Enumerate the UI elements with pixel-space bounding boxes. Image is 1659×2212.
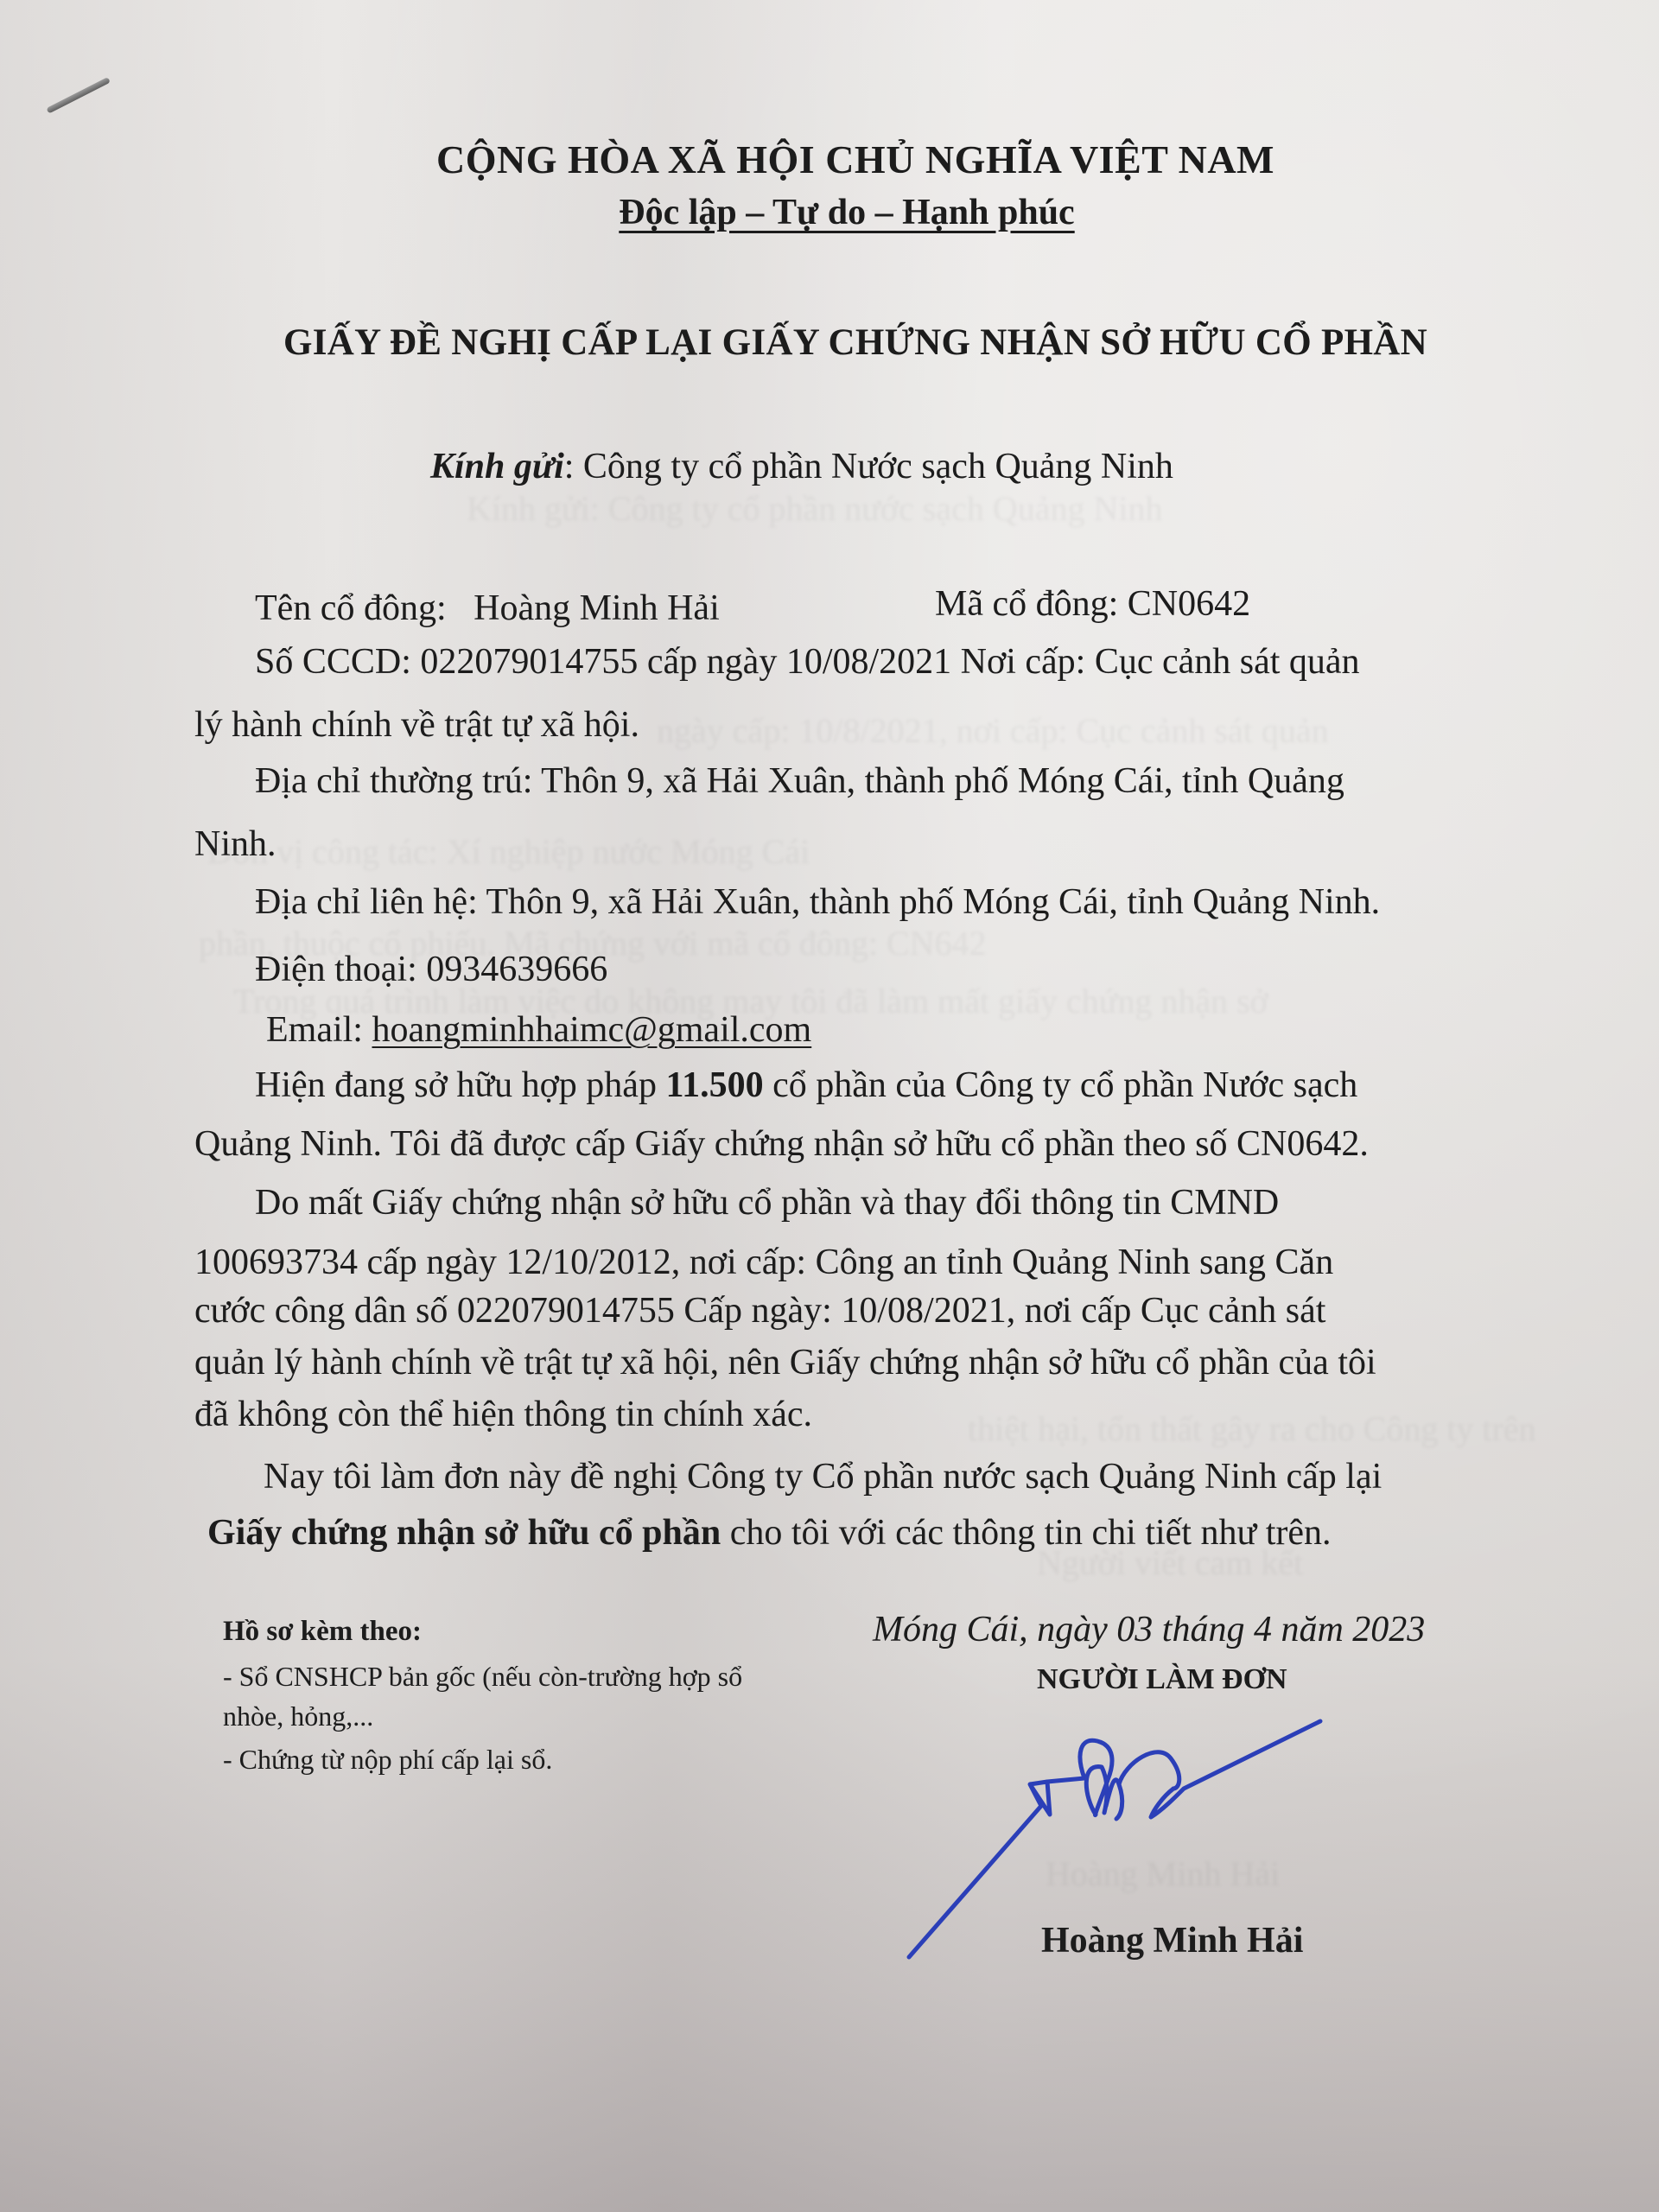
holding-text: cổ phần của Công ty cổ phần Nước sạch <box>772 1065 1357 1105</box>
bleed-through-text: ngày cấp: 10/8/2021, nơi cấp: Cục cảnh s… <box>657 710 1329 751</box>
email-row: Email: hoangminhhaimc@gmail.com <box>266 1009 811 1051</box>
request-line-1: Nay tôi làm đơn này đề nghị Công ty Cổ p… <box>264 1456 1382 1497</box>
phone-row: Điện thoại: 0934639666 <box>255 949 607 990</box>
national-header: CỘNG HÒA XÃ HỘI CHỦ NGHĨA VIỆT NAM <box>0 137 1659 182</box>
bleed-through-text: Kính gửi: Công ty cổ phần nước sạch Quản… <box>467 488 1163 529</box>
shareholder-name: Hoàng Minh Hải <box>474 588 720 628</box>
pen-mark <box>46 77 110 114</box>
shareholder-name-label: Tên cổ đông: <box>255 588 447 628</box>
id-line-1: Số CCCD: 022079014755 cấp ngày 10/08/202… <box>255 641 1360 683</box>
permanent-address-line-2: Ninh. <box>194 823 276 865</box>
reason-line-1: Do mất Giấy chứng nhận sở hữu cổ phần và… <box>255 1182 1279 1224</box>
recipient-label: Kính gửi <box>430 447 564 486</box>
reason-line-2: 100693734 cấp ngày 12/10/2012, nơi cấp: … <box>194 1242 1333 1283</box>
certificate-name: Giấy chứng nhận sở hữu cổ phần <box>207 1513 721 1553</box>
phone-label: Điện thoại: <box>255 950 417 989</box>
contact-address: Địa chỉ liên hệ: Thôn 9, xã Hải Xuân, th… <box>255 881 1380 923</box>
shareholder-code-row: Mã cổ đông: CN0642 <box>935 583 1250 625</box>
shareholder-code: CN0642 <box>1128 584 1250 624</box>
shareholder-name-row: Tên cổ đông: Hoàng Minh Hải <box>255 588 720 629</box>
shareholder-code-label: Mã cổ đông: <box>935 584 1118 624</box>
bleed-through-text: thiệt hại, tổn thất gây ra cho Công ty t… <box>968 1408 1536 1449</box>
document-title: GIẤY ĐỀ NGHỊ CẤP LẠI GIẤY CHỨNG NHẬN SỞ … <box>0 321 1659 364</box>
place-and-date: Móng Cái, ngày 03 tháng 4 năm 2023 <box>873 1609 1425 1650</box>
holding-line-1: Hiện đang sở hữu hợp pháp 11.500 cổ phần… <box>255 1065 1357 1106</box>
attachment-item: - Chứng từ nộp phí cấp lại sổ. <box>223 1744 552 1776</box>
bleed-through-text: Đơn vị công tác: Xí nghiệp nước Móng Cái <box>207 831 810 872</box>
recipient-name: : Công ty cổ phần Nước sạch Quảng Ninh <box>564 447 1173 486</box>
recipient-line: Kính gửi: Công ty cổ phần Nước sạch Quản… <box>430 446 1173 487</box>
id-line-2: lý hành chính về trật tự xã hội. <box>194 704 639 746</box>
reason-line-3: cước công dân số 022079014755 Cấp ngày: … <box>194 1290 1325 1332</box>
holding-text: Hiện đang sở hữu hợp pháp <box>255 1065 657 1105</box>
share-count: 11.500 <box>665 1065 763 1105</box>
attachment-item: nhòe, hỏng,... <box>223 1700 373 1732</box>
signer-role: NGƯỜI LÀM ĐƠN <box>1037 1663 1287 1696</box>
permanent-address-line-1: Địa chỉ thường trú: Thôn 9, xã Hải Xuân,… <box>255 760 1344 802</box>
holding-line-2: Quảng Ninh. Tôi đã được cấp Giấy chứng n… <box>194 1123 1369 1165</box>
national-motto: Độc lập – Tự do – Hạnh phúc <box>0 192 1659 233</box>
reason-line-4: quản lý hành chính về trật tự xã hội, nê… <box>194 1342 1376 1383</box>
reason-line-5: đã không còn thể hiện thông tin chính xá… <box>194 1394 812 1435</box>
email-label: Email: <box>266 1010 363 1050</box>
attachments-title: Hồ sơ kèm theo: <box>223 1616 422 1648</box>
request-line-2: Giấy chứng nhận sở hữu cổ phần cho tôi v… <box>207 1512 1332 1554</box>
email-link[interactable]: hoangminhhaimc@gmail.com <box>372 1010 811 1050</box>
signer-name: Hoàng Minh Hải <box>1041 1920 1303 1961</box>
attachment-item: - Sổ CNSHCP bản gốc (nếu còn-trường hợp … <box>223 1661 742 1693</box>
request-text: cho tôi với các thông tin chi tiết như t… <box>721 1513 1331 1553</box>
phone-number: 0934639666 <box>426 950 607 989</box>
motto-text: Độc lập – Tự do – Hạnh phúc <box>619 193 1074 232</box>
